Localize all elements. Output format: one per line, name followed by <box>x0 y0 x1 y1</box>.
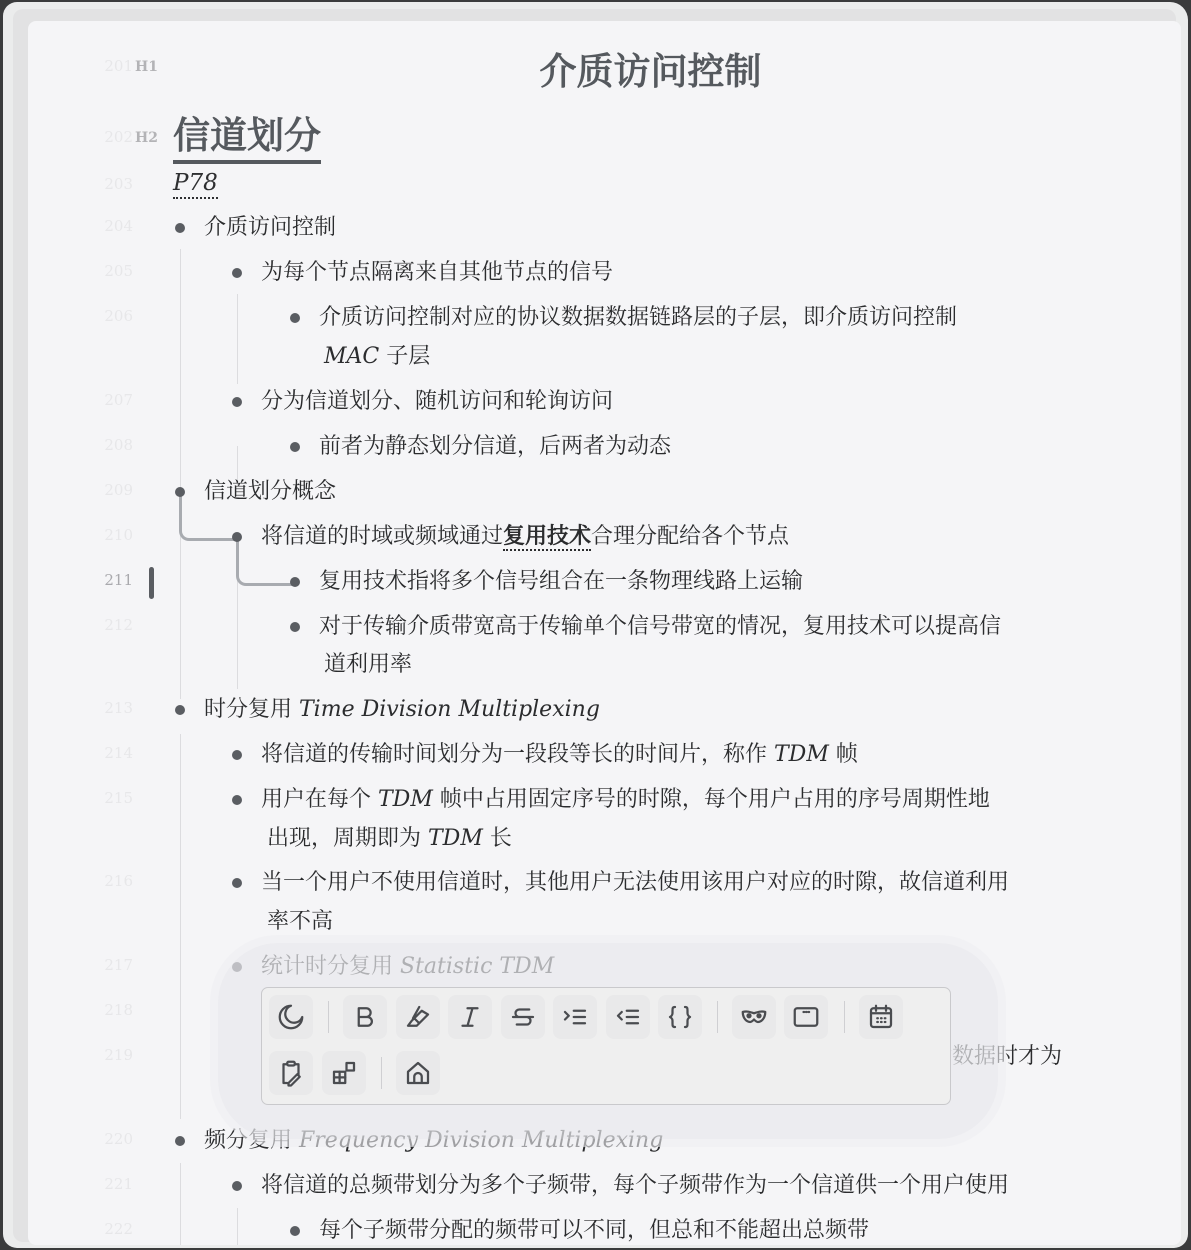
moon-icon <box>276 1002 306 1032</box>
list-item[interactable]: 介质访问控制 <box>204 209 336 247</box>
bullet-icon[interactable] <box>290 577 300 587</box>
mask-icon <box>739 1002 769 1032</box>
list-item[interactable]: 每个子频带分配的频带可以不同，但总和不能超出总频带 <box>319 1212 869 1245</box>
line-number: 216 <box>28 872 133 890</box>
strikethrough-icon <box>508 1002 538 1032</box>
line-number: 209 <box>28 481 133 499</box>
bullet-icon[interactable] <box>232 268 242 278</box>
line-number: 206 <box>28 307 133 325</box>
bullet-icon[interactable] <box>175 487 185 497</box>
line-number: 202 <box>28 128 133 146</box>
list-item[interactable]: 对于传输介质带宽高于传输单个信号带宽的情况，复用技术可以提高信 <box>319 608 1001 646</box>
line-number: 220 <box>28 1130 133 1148</box>
outdent-icon <box>613 1002 643 1032</box>
indent-icon <box>560 1002 590 1032</box>
current-line-indicator <box>149 567 154 599</box>
heading-marker-h2: H2 <box>135 130 158 146</box>
editor-page[interactable]: 201 H1 介质访问控制 202 H2 信道划分 203 P78 204 20… <box>28 21 1181 1245</box>
indent-guide <box>180 1163 181 1245</box>
italic-button[interactable] <box>448 995 492 1039</box>
list-item[interactable]: 将信道的时域或频域通过复用技术合理分配给各个节点 <box>261 518 789 556</box>
list-item-continuation[interactable]: MAC 子层 <box>324 338 430 376</box>
floating-format-toolbar <box>261 987 951 1105</box>
list-item[interactable]: 将信道的总频带划分为多个子频带，每个子频带作为一个信道供一个用户使用 <box>261 1167 1009 1205</box>
mask-button[interactable] <box>732 995 776 1039</box>
italic-icon <box>455 1002 485 1032</box>
highlight-button[interactable] <box>396 995 440 1039</box>
line-number: 221 <box>28 1175 133 1193</box>
blocks-button[interactable] <box>322 1051 366 1095</box>
bullet-icon[interactable] <box>232 532 242 542</box>
line-number: 210 <box>28 526 133 544</box>
bullet-icon[interactable] <box>290 622 300 632</box>
strikethrough-button[interactable] <box>501 995 545 1039</box>
list-item-continuation[interactable]: 道利用率 <box>324 646 412 684</box>
line-number: 215 <box>28 789 133 807</box>
list-item[interactable]: 当一个用户不使用信道时，其他用户无法使用该用户对应的时隙，故信道利用 <box>261 864 1009 902</box>
line-number: 217 <box>28 956 133 974</box>
home-button[interactable] <box>396 1051 440 1095</box>
theme-toggle-button[interactable] <box>269 995 313 1039</box>
bullet-icon[interactable] <box>175 1136 185 1146</box>
list-item-continuation[interactable]: 出现，周期即为 TDM 长 <box>267 820 512 858</box>
indent-button[interactable] <box>553 995 597 1039</box>
indent-guide <box>180 734 181 1119</box>
bullet-icon[interactable] <box>232 397 242 407</box>
list-item[interactable]: 前者为静态划分信道，后两者为动态 <box>319 428 671 466</box>
toolbar-separator <box>717 1001 718 1033</box>
page-reference-link[interactable]: P78 <box>173 169 218 199</box>
calendar-icon <box>866 1002 896 1032</box>
toolbar-separator <box>844 1001 845 1033</box>
calendar-button[interactable] <box>859 995 903 1039</box>
bullet-icon[interactable] <box>290 313 300 323</box>
window-icon <box>791 1002 821 1032</box>
window-button[interactable] <box>784 995 828 1039</box>
list-item[interactable]: 时分复用 Time Division Multiplexing <box>204 691 600 729</box>
bullet-icon[interactable] <box>232 878 242 888</box>
editor-frame: 201 H1 介质访问控制 202 H2 信道划分 203 P78 204 20… <box>13 9 1176 1242</box>
list-item[interactable]: 用户在每个 TDM 帧中占用固定序号的时隙，每个用户占用的序号周期性地 <box>261 781 990 819</box>
bullet-icon[interactable] <box>232 1181 242 1191</box>
indent-guide <box>180 249 181 489</box>
bullet-icon[interactable] <box>175 705 185 715</box>
indent-guide <box>180 519 181 699</box>
line-number: 208 <box>28 436 133 454</box>
app-window: 201 H1 介质访问控制 202 H2 信道划分 203 P78 204 20… <box>3 2 1188 1248</box>
line-number: 219 <box>28 1046 133 1064</box>
line-number-active: 211 <box>28 571 133 589</box>
blocks-icon <box>329 1058 359 1088</box>
clipboard-pen-icon <box>276 1058 306 1088</box>
toolbar-separator <box>328 1001 329 1033</box>
bullet-icon[interactable] <box>290 1226 300 1236</box>
heading-1[interactable]: 介质访问控制 <box>28 41 1181 95</box>
bold-button[interactable] <box>343 995 387 1039</box>
indent-guide <box>237 1208 238 1245</box>
bullet-icon[interactable] <box>290 442 300 452</box>
outdent-button[interactable] <box>606 995 650 1039</box>
line-number: 218 <box>28 1001 133 1019</box>
list-item-continuation[interactable]: 率不高 <box>267 903 333 941</box>
list-item[interactable]: 介质访问控制对应的协议数据数据链路层的子层，即介质访问控制 <box>319 299 957 337</box>
list-item[interactable]: 分为信道划分、随机访问和轮询访问 <box>261 383 613 421</box>
line-number: 204 <box>28 217 133 235</box>
line-number: 203 <box>28 175 133 193</box>
bold-term: 复用技术 <box>503 524 591 551</box>
braces-icon <box>665 1002 695 1032</box>
list-item-active[interactable]: 复用技术指将多个信号组合在一条物理线路上运输 <box>319 563 803 601</box>
highlighter-icon <box>403 1002 433 1032</box>
line-number: 212 <box>28 616 133 634</box>
list-item[interactable]: 为每个节点隔离来自其他节点的信号 <box>261 254 613 292</box>
line-number: 205 <box>28 262 133 280</box>
bullet-icon[interactable] <box>232 795 242 805</box>
line-number: 222 <box>28 1220 133 1238</box>
bullet-icon[interactable] <box>232 750 242 760</box>
list-item[interactable]: 将信道的传输时间划分为一段段等长的时间片，称作 TDM 帧 <box>261 736 858 774</box>
indent-guide <box>237 294 238 384</box>
line-number: 214 <box>28 744 133 762</box>
bullet-icon[interactable] <box>175 223 185 233</box>
clipboard-edit-button[interactable] <box>269 1051 313 1095</box>
toolbar-separator <box>381 1057 382 1089</box>
bold-icon <box>350 1002 380 1032</box>
code-button[interactable] <box>658 995 702 1039</box>
line-number: 213 <box>28 699 133 717</box>
heading-2[interactable]: 信道划分 <box>173 113 321 164</box>
list-item[interactable]: 信道划分概念 <box>204 473 336 511</box>
home-icon <box>403 1058 433 1088</box>
line-number: 207 <box>28 391 133 409</box>
